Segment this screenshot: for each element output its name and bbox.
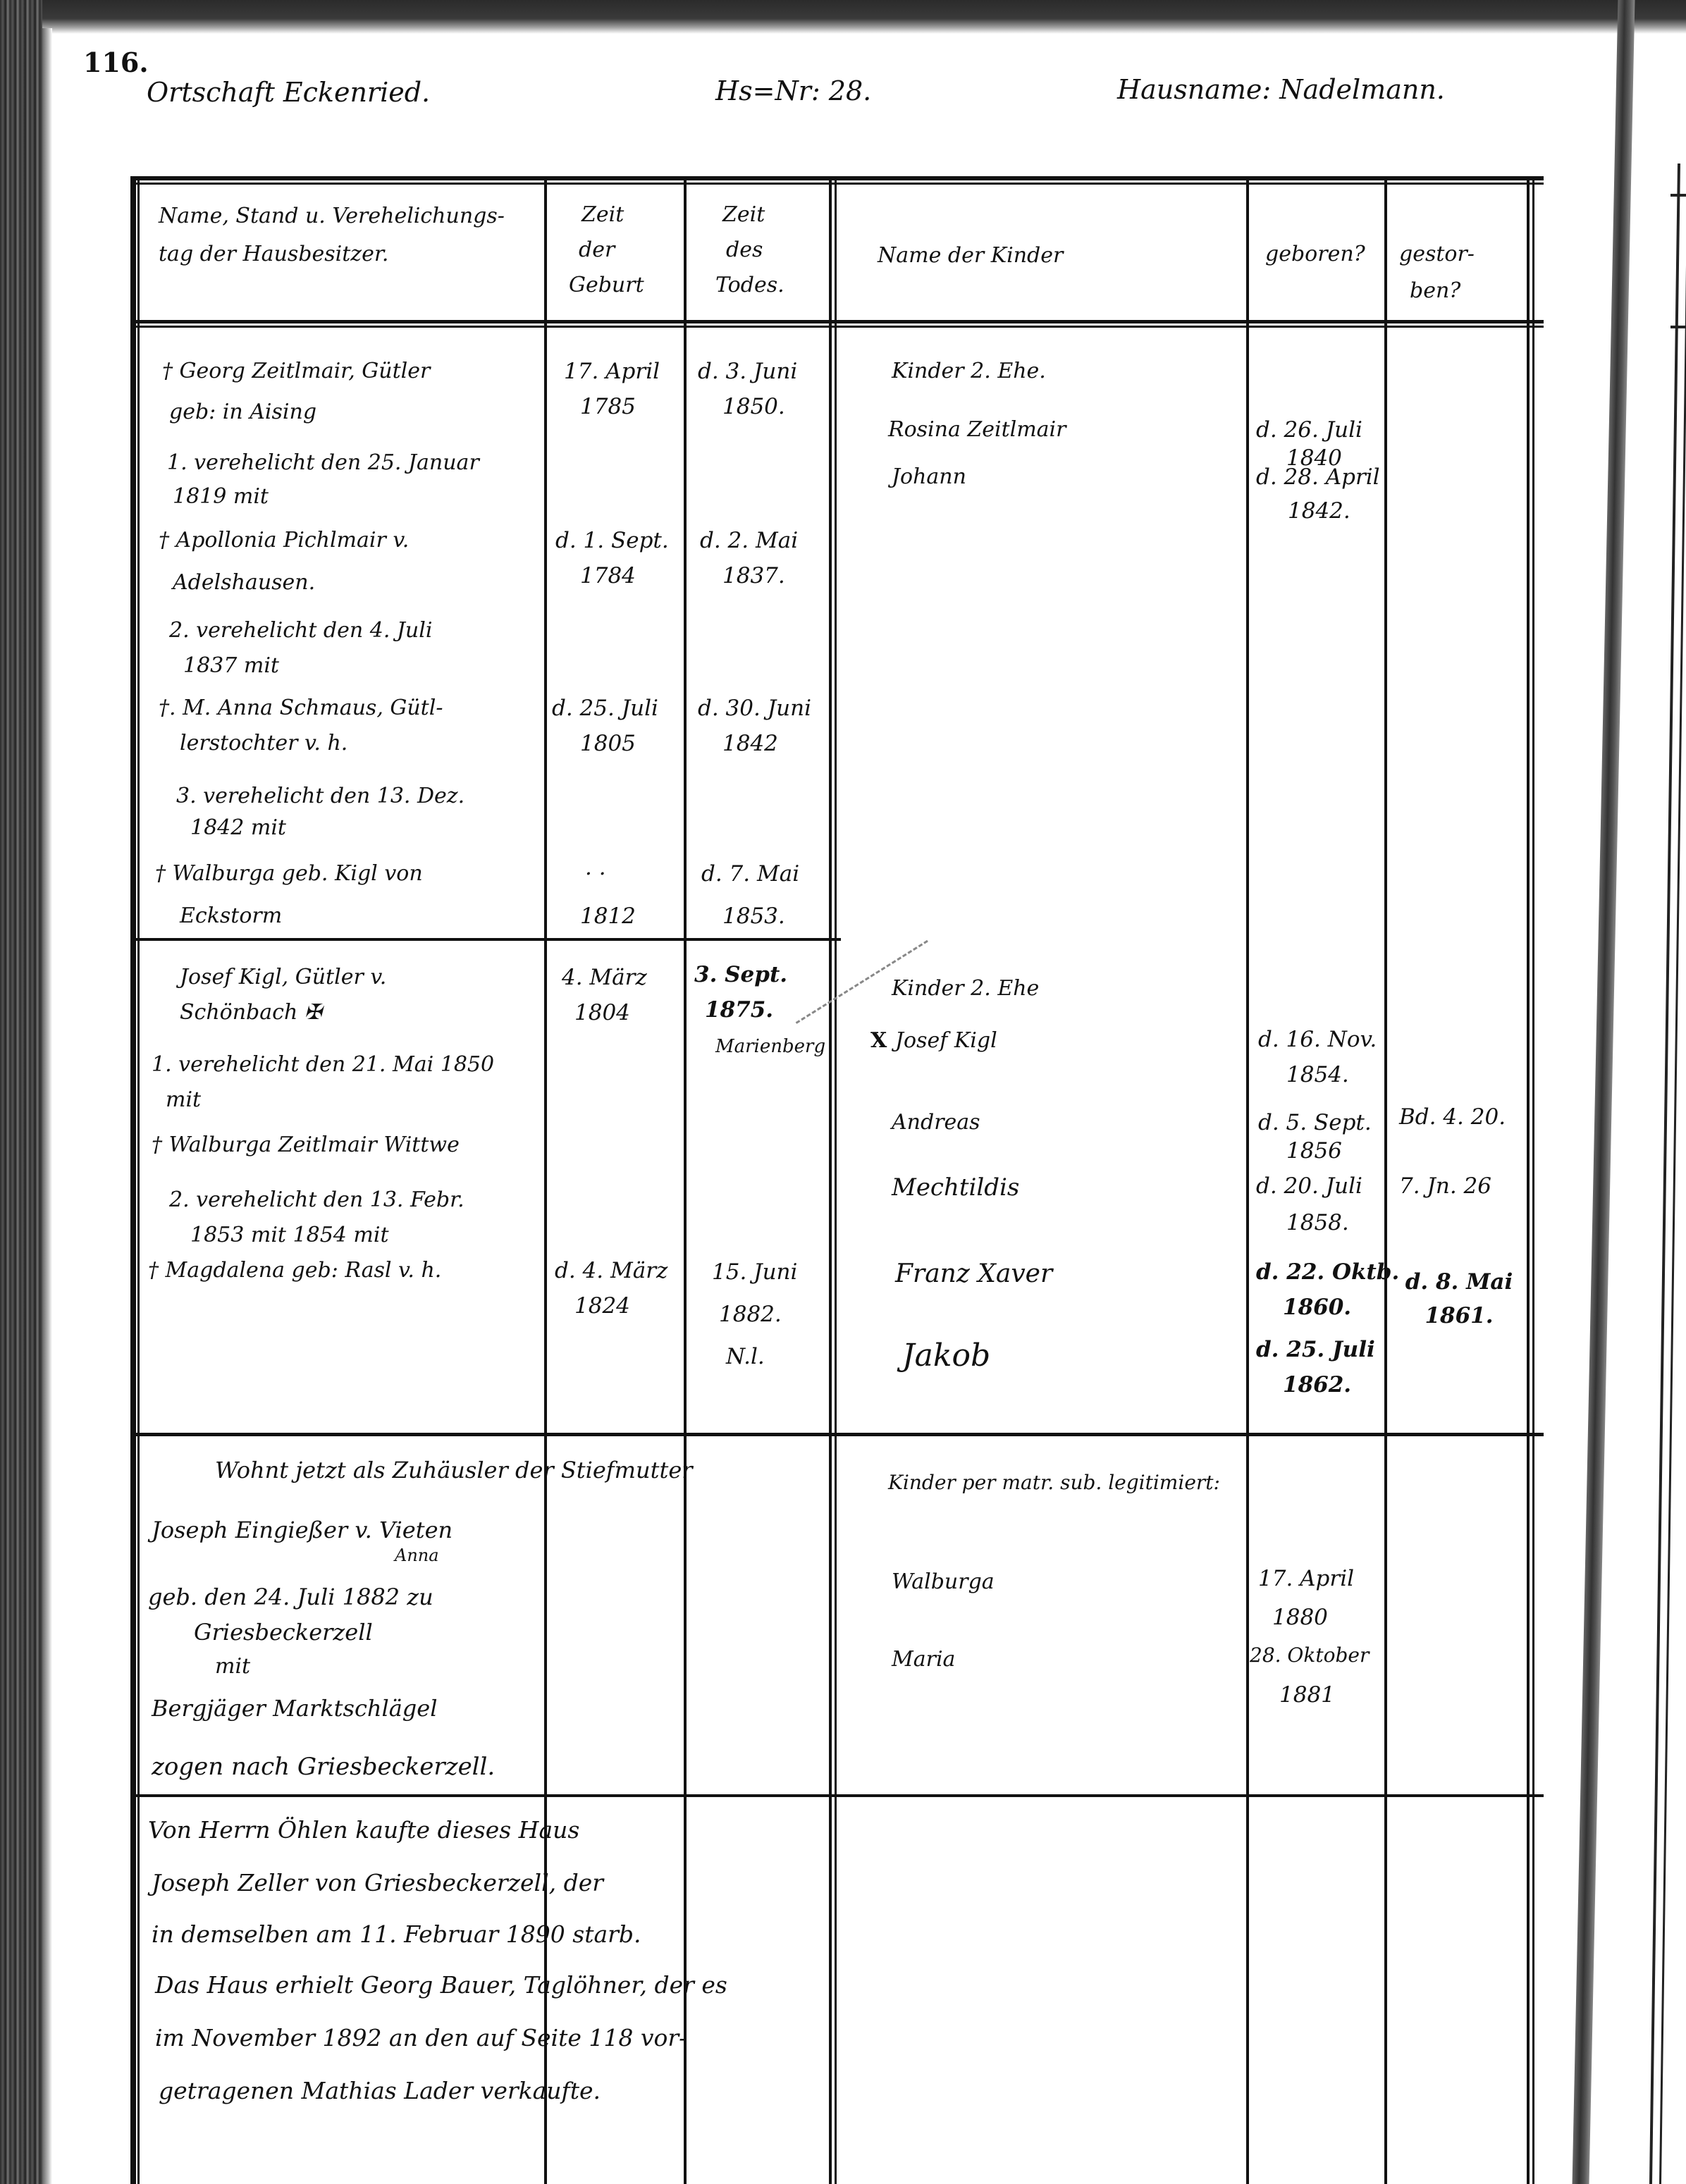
- owner-line: † Apollonia Pichlmair v.: [159, 530, 409, 551]
- death-date: d. 7. Mai: [701, 863, 799, 885]
- death-date: d. 3. Juni: [698, 361, 797, 383]
- owner-line: † Walburga Zeitlmair Wittwe: [152, 1135, 460, 1156]
- header-born: geboren?: [1265, 244, 1365, 265]
- header-birth-line1: Zeit: [582, 204, 624, 226]
- header-died-line2: ben?: [1410, 280, 1460, 302]
- child-born-year: 1842.: [1288, 500, 1350, 522]
- child-born-date: d. 25. Juli: [1256, 1339, 1375, 1361]
- child-name: Josef Kigl: [895, 1030, 997, 1051]
- owner-line: Bergjäger Marktschlägel: [152, 1697, 437, 1720]
- note-line: getragenen Mathias Lader verkaufte.: [159, 2079, 601, 2102]
- header-children: Name der Kinder: [878, 245, 1063, 266]
- child-born-date: 28. Oktober: [1250, 1646, 1369, 1665]
- house-number-label: Hs=Nr: 28.: [715, 78, 871, 104]
- child-born-date: d. 28. April: [1256, 467, 1380, 488]
- child-died: 7. Jn. 26: [1399, 1176, 1491, 1197]
- death-year: 1853.: [722, 906, 785, 927]
- binding-shadow: [42, 28, 52, 2184]
- child-name: Franz Xaver: [895, 1261, 1052, 1287]
- owner-line: 1837 mit: [183, 655, 279, 677]
- birth-year: 1812: [580, 906, 636, 927]
- section-rule-3: [130, 1794, 1544, 1797]
- table-border-right-inner: [1532, 176, 1534, 2184]
- child-born-year: 1880: [1272, 1607, 1328, 1629]
- column-rule-children-inner: [835, 176, 837, 2184]
- death-year: 1875.: [705, 999, 773, 1021]
- section-rule-2: [130, 1433, 1544, 1436]
- facing-page-tick: [1670, 326, 1686, 328]
- owner-line: 1842 mit: [190, 818, 286, 839]
- death-year: 1842: [722, 733, 778, 755]
- owner-line: 1. verehelicht den 21. Mai 1850: [152, 1054, 494, 1075]
- header-died-line1: gestor-: [1399, 244, 1475, 265]
- birth-year: 1824: [574, 1295, 630, 1317]
- owner-line: mit: [166, 1090, 201, 1111]
- child-name: Mechtildis: [892, 1176, 1019, 1199]
- birth-year: 1784: [580, 565, 636, 587]
- owner-line: Eckstorm: [180, 906, 282, 927]
- death-year: 1837.: [722, 565, 785, 587]
- owner-line: Anna: [395, 1547, 439, 1564]
- owner-line: † Walburga geb. Kigl von: [155, 863, 423, 884]
- child-born-year: 1858.: [1286, 1212, 1349, 1234]
- facing-page-tick: [1670, 194, 1686, 197]
- birth-date: 4. März: [562, 967, 647, 989]
- facing-page-rule: [1649, 164, 1686, 2184]
- header-birth-line3: Geburt: [569, 275, 644, 296]
- child-born-year: 1854.: [1286, 1064, 1349, 1086]
- death-place: Marienberg: [715, 1037, 825, 1056]
- death-date: d. 30. Juni: [698, 698, 811, 720]
- owner-line: 2. verehelicht den 4. Juli: [169, 620, 432, 641]
- owner-line: † Magdalena geb: Rasl v. h.: [148, 1260, 441, 1281]
- owner-line: geb: in Aising: [169, 402, 316, 423]
- child-born-date: d. 5. Sept.: [1258, 1112, 1372, 1134]
- owner-line: 1853 mit 1854 mit: [190, 1225, 389, 1246]
- header-owner-line2: tag der Hausbesitzer.: [159, 244, 388, 265]
- header-birth-line2: der: [579, 240, 615, 261]
- book-binding: [0, 0, 42, 2184]
- death-date: 15. Juni: [712, 1261, 797, 1283]
- house-register-table: Name, Stand u. Verehelichungs- tag der H…: [130, 176, 1544, 2184]
- children-heading: Kinder 2. Ehe: [892, 978, 1039, 999]
- owner-line: Griesbeckerzell: [194, 1621, 373, 1643]
- header-owner-line1: Name, Stand u. Verehelichungs-: [159, 206, 505, 227]
- header-death-line2: des: [726, 240, 763, 261]
- child-born-year: 1856: [1286, 1140, 1342, 1162]
- child-name: Johann: [892, 467, 966, 488]
- child-name: Andreas: [892, 1112, 980, 1133]
- page-fold-shadow: [1573, 0, 1635, 2184]
- death-year: 1882.: [719, 1304, 782, 1326]
- owner-line: 2. verehelicht den 13. Febr.: [169, 1190, 464, 1211]
- owner-line: Joseph Eingießer v. Vieten: [152, 1519, 453, 1541]
- column-rule-born: [1246, 176, 1249, 2184]
- child-born-year: 1862.: [1283, 1374, 1351, 1396]
- owner-line: 1819 mit: [173, 486, 269, 507]
- birth-date: d. 4. März: [555, 1260, 667, 1282]
- table-border-left: [130, 176, 136, 2184]
- death-date: d. 2. Mai: [700, 530, 798, 552]
- children-heading: Kinder per matr. sub. legitimiert:: [888, 1473, 1220, 1493]
- death-year: 1850.: [722, 396, 785, 418]
- owner-line: Adelshausen.: [173, 572, 315, 593]
- header-bottom-rule-inner: [130, 326, 1544, 328]
- child-born-date: 17. April: [1258, 1568, 1354, 1590]
- table-top-rule: [130, 176, 1544, 180]
- table-top-rule-inner: [130, 183, 1544, 185]
- owner-line: mit: [215, 1656, 250, 1677]
- owner-line: 1. verehelicht den 25. Januar: [167, 452, 479, 474]
- header-death-line1: Zeit: [722, 204, 765, 226]
- note-line: Von Herrn Öhlen kaufte dieses Haus: [148, 1818, 579, 1841]
- section-rule-1: [130, 938, 841, 941]
- owner-line: Wohnt jetzt als Zuhäusler der Stiefmutte…: [215, 1459, 693, 1481]
- child-name: Walburga: [892, 1572, 995, 1593]
- note-line: im November 1892 an den auf Seite 118 vo…: [155, 2026, 687, 2049]
- owner-line: geb. den 24. Juli 1882 zu: [148, 1586, 433, 1608]
- child-name: Maria: [892, 1649, 955, 1670]
- child-died: Bd. 4. 20.: [1399, 1106, 1506, 1128]
- x-mark: X: [870, 1030, 887, 1051]
- owner-line: lerstochter v. h.: [180, 733, 347, 754]
- child-died: d. 8. Mai 1861.: [1396, 1265, 1522, 1333]
- death-date: 3. Sept.: [694, 964, 787, 986]
- house-name-label: Hausname: Nadelmann.: [1117, 76, 1445, 103]
- owner-line: zogen nach Griesbeckerzell.: [152, 1755, 495, 1779]
- owner-line: 3. verehelicht den 13. Dez.: [176, 786, 464, 807]
- child-name: Rosina Zeitlmair: [888, 419, 1066, 440]
- note-line: Das Haus erhielt Georg Bauer, Taglöhner,…: [155, 1973, 727, 1997]
- owner-line: † Georg Zeitlmair, Gütler: [162, 361, 430, 382]
- header-bottom-rule: [130, 320, 1544, 323]
- note-line: in demselben am 11. Februar 1890 starb.: [152, 1923, 641, 1946]
- table-border-right: [1527, 176, 1530, 2184]
- note-line: Joseph Zeller von Griesbeckerzell, der: [152, 1871, 603, 1894]
- scan-dark-top-edge: [0, 0, 1686, 34]
- birth-date: d. 25. Juli: [552, 698, 658, 720]
- child-born-date: d. 26. Juli: [1256, 419, 1362, 441]
- birth-date: 17. April: [564, 361, 660, 383]
- locality-label: Ortschaft Eckenried.: [147, 79, 430, 106]
- child-born-date: d. 16. Nov.: [1258, 1029, 1377, 1051]
- birth-year: 1805: [580, 733, 636, 755]
- child-born-year: 1881: [1279, 1684, 1335, 1706]
- birth-date: · ·: [585, 863, 606, 885]
- birth-year: 1804: [574, 1002, 630, 1024]
- birth-date: d. 1. Sept.: [555, 530, 669, 552]
- column-rule-death: [684, 176, 687, 2184]
- owner-line: †. M. Anna Schmaus, Gütl-: [159, 698, 443, 719]
- child-born-date: d. 22. Oktb.: [1256, 1261, 1399, 1283]
- page-number: 116.: [83, 49, 149, 76]
- death-note: N.l.: [726, 1346, 765, 1368]
- column-rule-children: [829, 176, 832, 2184]
- header-death-line3: Todes.: [715, 275, 784, 296]
- child-born-year: 1860.: [1283, 1297, 1351, 1319]
- child-name: Jakob: [902, 1340, 990, 1371]
- owner-line: Josef Kigl, Gütler v.: [180, 967, 386, 988]
- column-rule-died: [1384, 176, 1387, 2184]
- birth-year: 1785: [580, 396, 636, 418]
- child-born-date: d. 20. Juli: [1256, 1176, 1362, 1197]
- table-border-left-inner: [137, 176, 140, 2184]
- children-heading: Kinder 2. Ehe.: [892, 361, 1046, 382]
- owner-line: Schönbach ✠: [180, 1002, 322, 1023]
